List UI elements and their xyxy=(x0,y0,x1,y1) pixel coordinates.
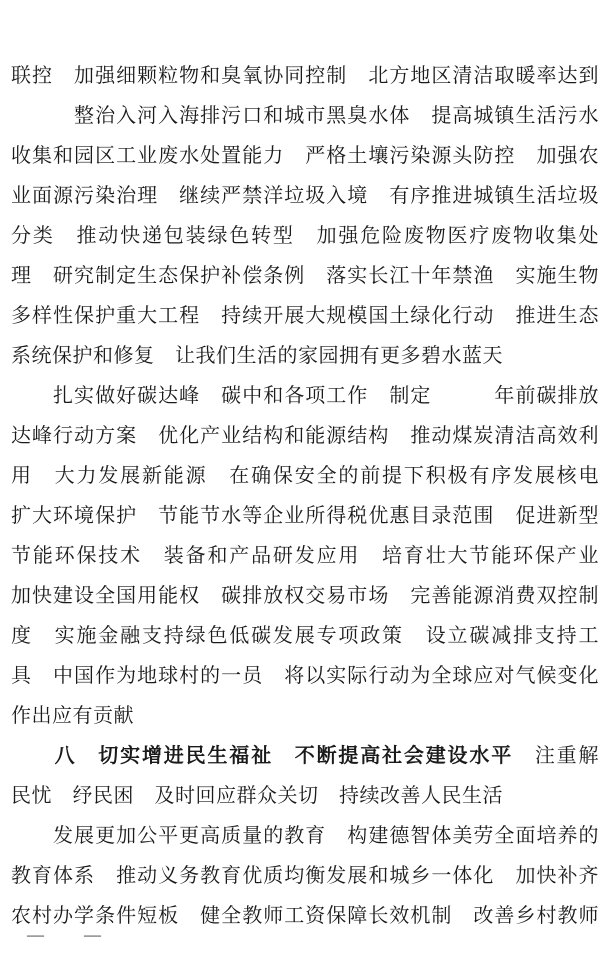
text-line: 八 切实增进民生福祉 不断提高社会建设水平 注重解 xyxy=(11,736,599,776)
text-line: 分类 推动快递包装绿色转型 加强危险废物医疗废物收集处 xyxy=(11,216,599,256)
text-line: 联控 加强细颗粒物和臭氧协同控制 北方地区清洁取暖率达到 xyxy=(11,56,599,96)
text-lines: 联控 加强细颗粒物和臭氧协同控制 北方地区清洁取暖率达到 整治入河入海排污口和城… xyxy=(11,56,599,936)
body-text: 农村办学条件短板 健全教师工资保障长效机制 改善乡村教师 xyxy=(11,905,599,927)
body-text: 理 研究制定生态保护补偿条例 落实长江十年禁渔 实施生物 xyxy=(11,265,599,287)
text-line: 度 实施金融支持绿色低碳发展专项政策 设立碳减排支持工 xyxy=(11,616,599,656)
text-line: 教育体系 推动义务教育优质均衡发展和城乡一体化 加快补齐 xyxy=(11,856,599,896)
body-text: 用 大力发展新能源 在确保安全的前提下积极有序发展核电 xyxy=(11,465,599,487)
text-line: 作出应有贡献 xyxy=(11,696,599,736)
body-text: 扩大环境保护 节能节水等企业所得税优惠目录范围 促进新型 xyxy=(11,505,599,527)
body-text: 业面源污染治理 继续严禁洋垃圾入境 有序推进城镇生活垃圾 xyxy=(11,185,599,207)
body-text: 节能环保技术 装备和产品研发应用 培育壮大节能环保产业 xyxy=(11,545,599,567)
body-text: 民忧 纾民困 及时回应群众关切 持续改善人民生活 xyxy=(11,785,503,807)
text-line: 扩大环境保护 节能节水等企业所得税优惠目录范围 促进新型 xyxy=(11,496,599,536)
text-line: 系统保护和修复 让我们生活的家园拥有更多碧水蓝天 xyxy=(11,336,599,376)
body-text: 达峰行动方案 优化产业结构和能源结构 推动煤炭清洁高效利 xyxy=(11,425,599,447)
body-text: 发展更加公平更高质量的教育 构建德智体美劳全面培养的 xyxy=(11,825,599,847)
text-line: 理 研究制定生态保护补偿条例 落实长江十年禁渔 实施生物 xyxy=(11,256,599,296)
body-text: 具 中国作为地球村的一员 将以实际行动为全球应对气候变化 xyxy=(11,665,599,687)
body-text: 收集和园区工业废水处置能力 严格土壤污染源头防控 加强农 xyxy=(11,145,599,167)
section-heading-text: 八 切实增进民生福祉 不断提高社会建设水平 xyxy=(11,745,535,767)
body-text: 扎实做好碳达峰 碳中和各项工作 制定 年前碳排放 xyxy=(11,385,599,407)
body-text: 分类 推动快递包装绿色转型 加强危险废物医疗废物收集处 xyxy=(11,225,599,247)
body-text: 教育体系 推动义务教育优质均衡发展和城乡一体化 加快补齐 xyxy=(11,865,599,887)
text-line: 具 中国作为地球村的一员 将以实际行动为全球应对气候变化 xyxy=(11,656,599,696)
text-line: 收集和园区工业废水处置能力 严格土壤污染源头防控 加强农 xyxy=(11,136,599,176)
text-line: 加快建设全国用能权 碳排放权交易市场 完善能源消费双控制 xyxy=(11,576,599,616)
page-number-dash-right: — xyxy=(84,925,101,944)
page-footer: —— xyxy=(27,926,101,943)
body-text: 联控 加强细颗粒物和臭氧协同控制 北方地区清洁取暖率达到 xyxy=(11,65,599,87)
body-text: 注重解 xyxy=(535,745,599,767)
text-line: 用 大力发展新能源 在确保安全的前提下积极有序发展核电 xyxy=(11,456,599,496)
page-number-dash-left: — xyxy=(27,926,44,943)
text-line: 节能环保技术 装备和产品研发应用 培育壮大节能环保产业 xyxy=(11,536,599,576)
body-text: 多样性保护重大工程 持续开展大规模国土绿化行动 推进生态 xyxy=(11,305,599,327)
text-line: 达峰行动方案 优化产业结构和能源结构 推动煤炭清洁高效利 xyxy=(11,416,599,456)
text-line: 发展更加公平更高质量的教育 构建德智体美劳全面培养的 xyxy=(11,816,599,856)
text-line: 整治入河入海排污口和城市黑臭水体 提高城镇生活污水 xyxy=(11,96,599,136)
body-text: 度 实施金融支持绿色低碳发展专项政策 设立碳减排支持工 xyxy=(11,625,599,647)
text-line: 多样性保护重大工程 持续开展大规模国土绿化行动 推进生态 xyxy=(11,296,599,336)
text-line: 业面源污染治理 继续严禁洋垃圾入境 有序推进城镇生活垃圾 xyxy=(11,176,599,216)
text-line: 扎实做好碳达峰 碳中和各项工作 制定 年前碳排放 xyxy=(11,376,599,416)
text-line: 民忧 纾民困 及时回应群众关切 持续改善人民生活 xyxy=(11,776,599,816)
body-text: 加快建设全国用能权 碳排放权交易市场 完善能源消费双控制 xyxy=(11,585,599,607)
body-text: 系统保护和修复 让我们生活的家园拥有更多碧水蓝天 xyxy=(11,345,503,367)
body-text: 作出应有贡献 xyxy=(11,705,134,727)
document-page: 联控 加强细颗粒物和臭氧协同控制 北方地区清洁取暖率达到 整治入河入海排污口和城… xyxy=(0,0,613,962)
body-text: 整治入河入海排污口和城市黑臭水体 提高城镇生活污水 xyxy=(11,105,599,127)
